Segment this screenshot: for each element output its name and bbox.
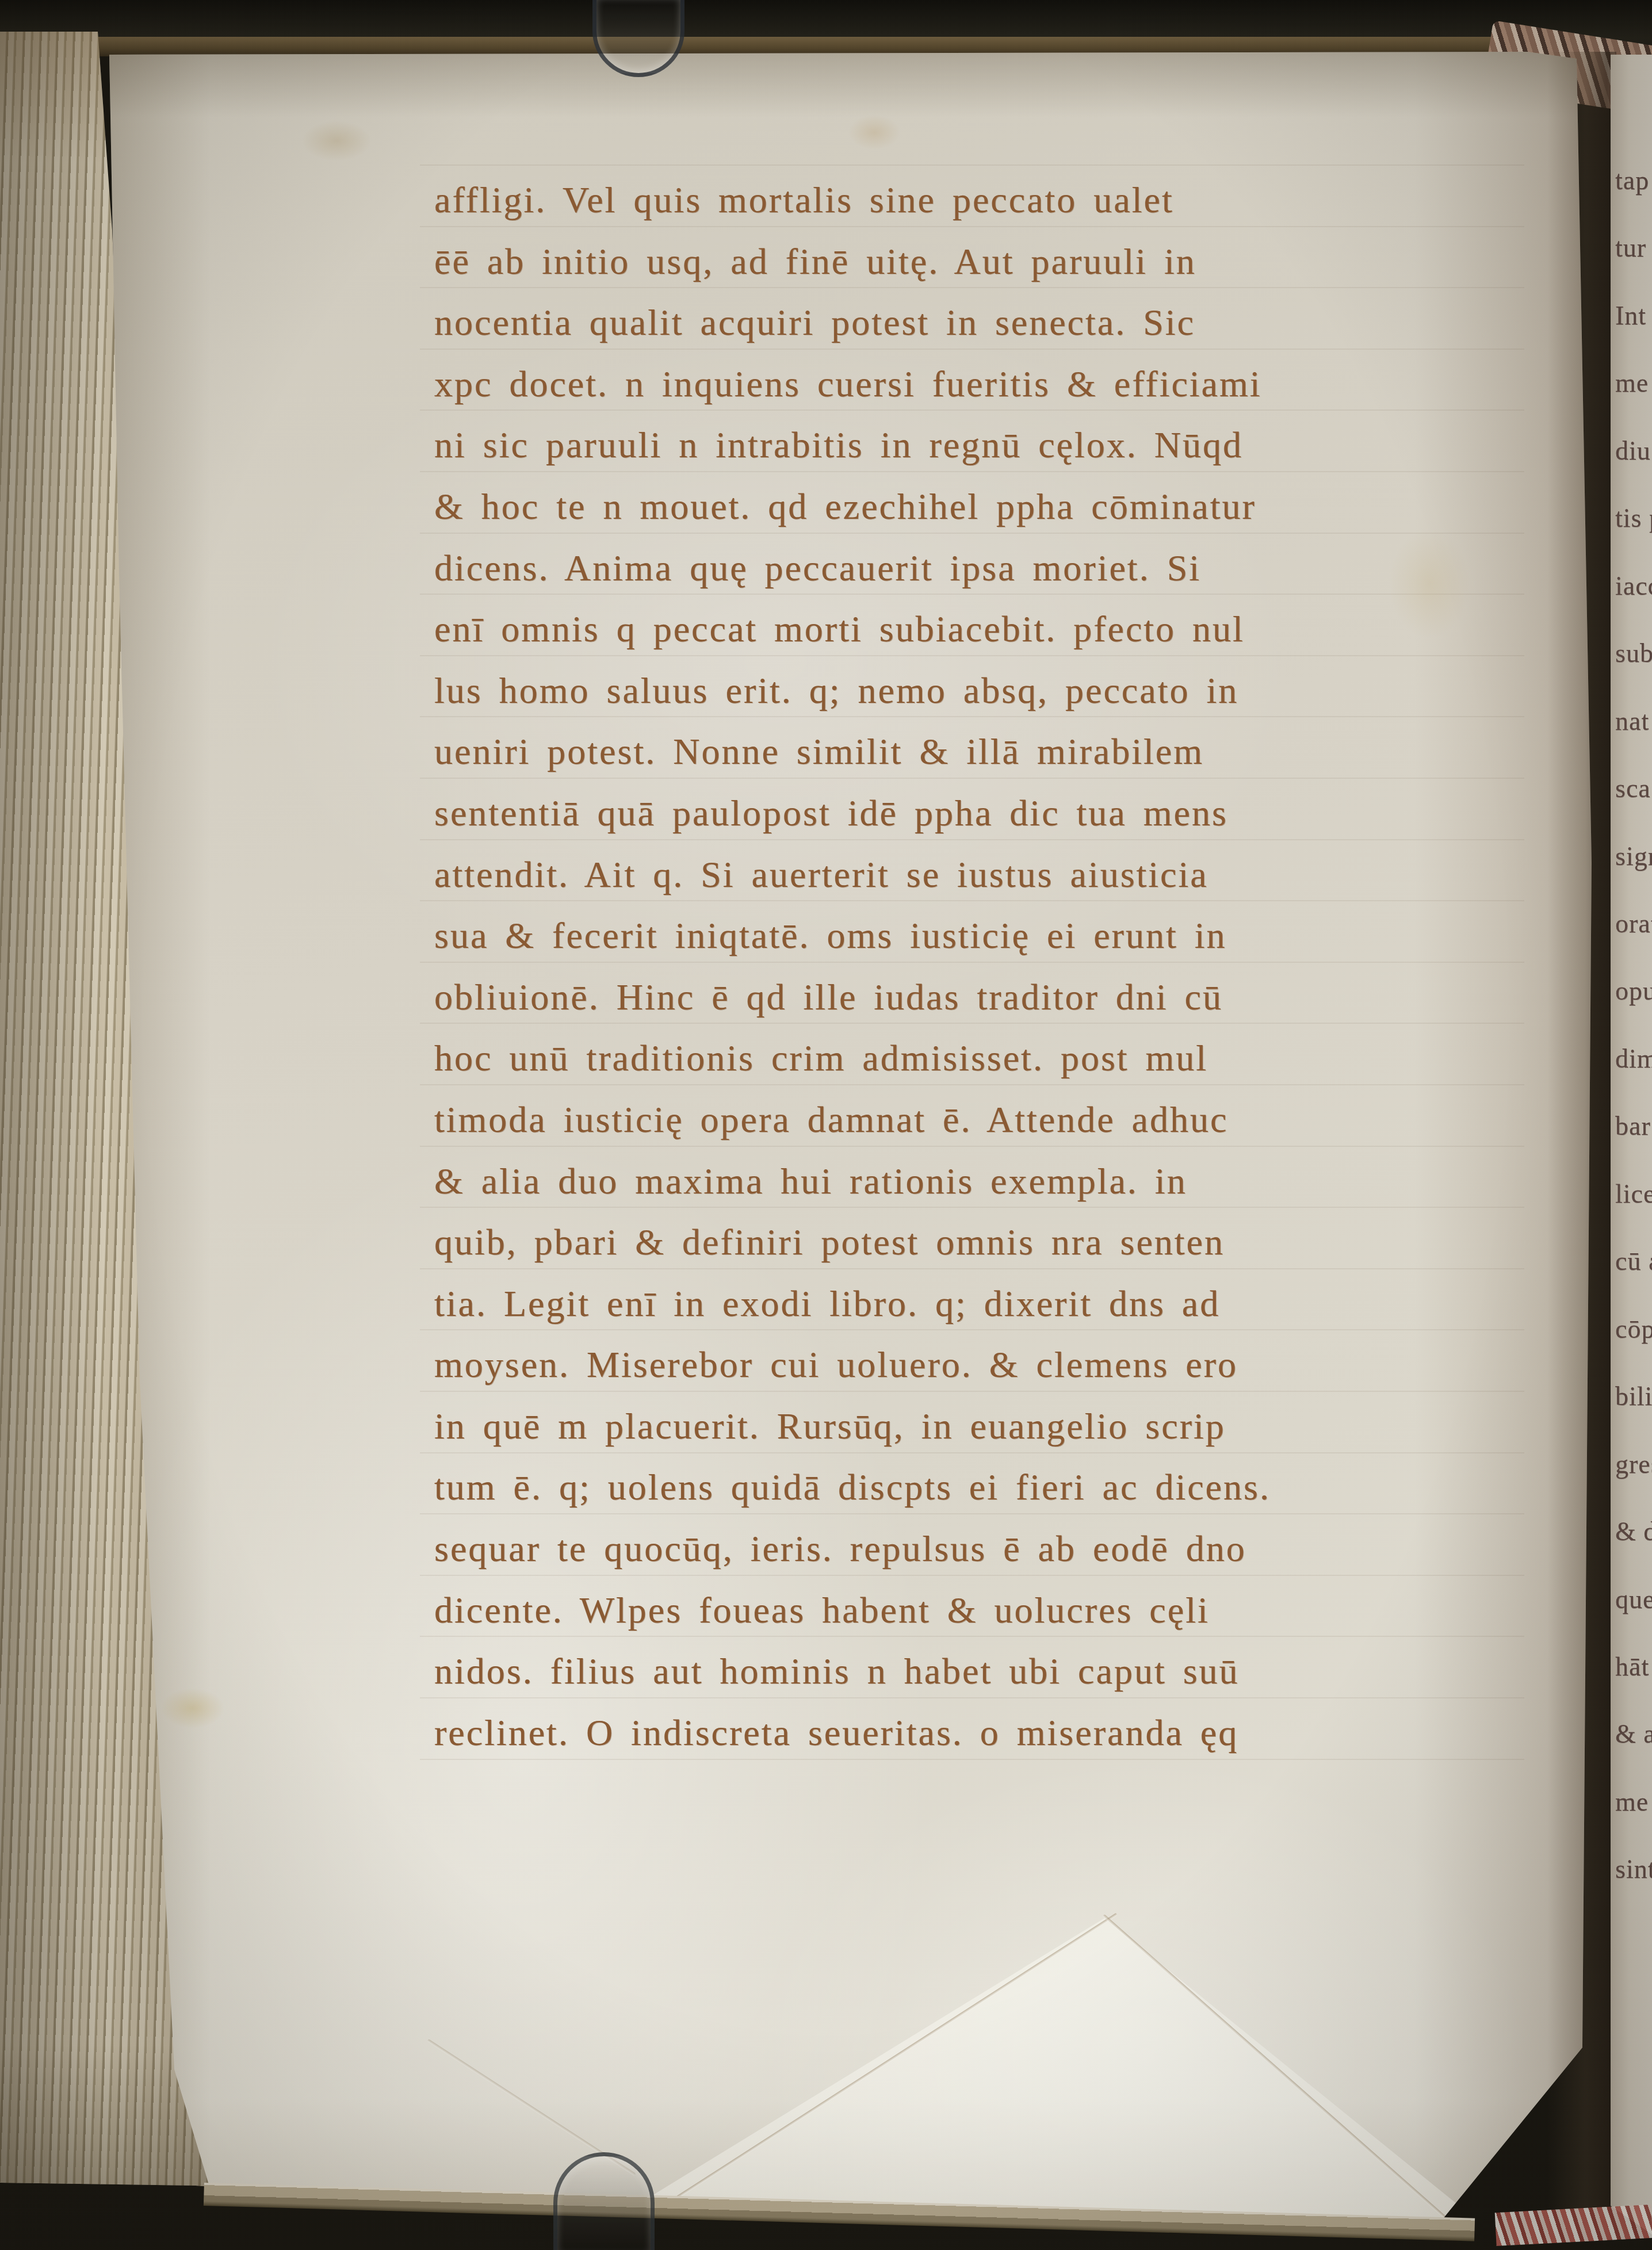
manuscript-photo: affligi. Vel quis mortalis sine peccato …	[0, 0, 1652, 2250]
photo-vignette	[0, 0, 1652, 2250]
